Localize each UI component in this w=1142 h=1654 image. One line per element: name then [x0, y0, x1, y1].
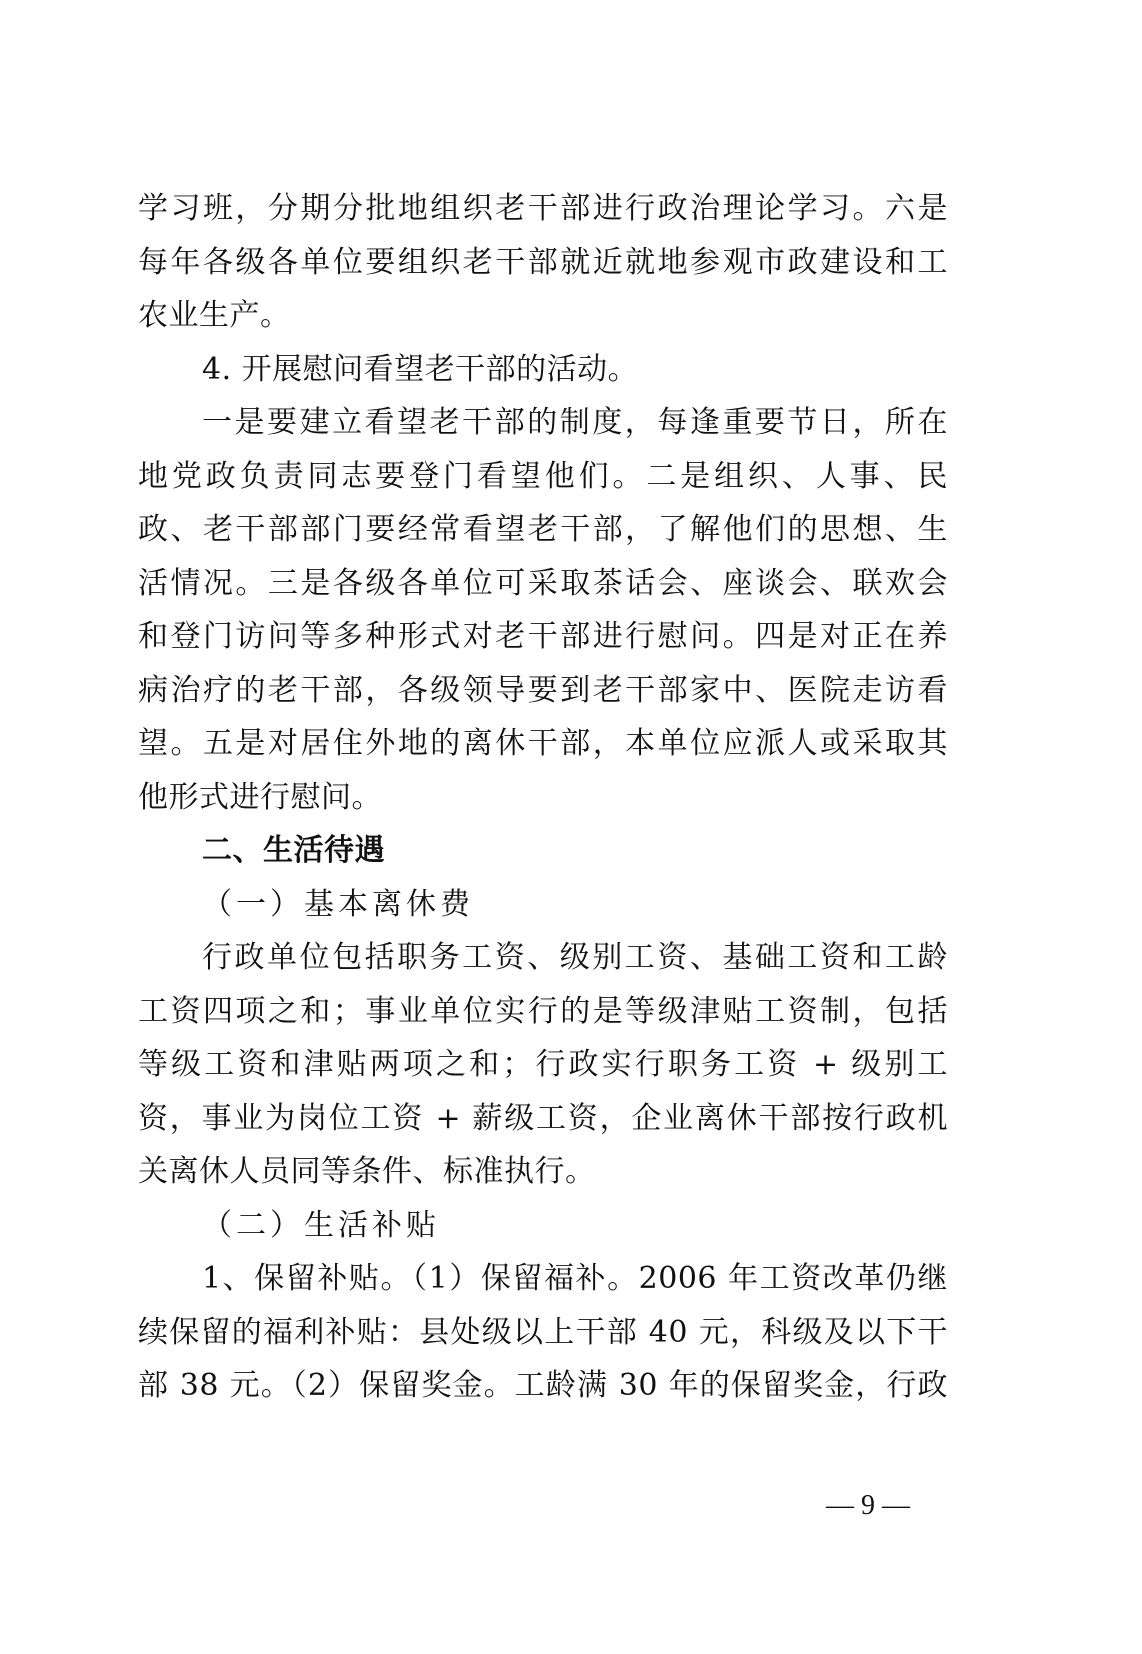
text-line: 地党政负责同志要登门看望他们。二是组织、人事、民 [138, 450, 948, 504]
section-heading: 二、生活待遇 [138, 824, 948, 878]
subsection-heading: （一）基本离休费 [138, 878, 948, 932]
text-line: 资，事业为岗位工资 + 薪级工资，企业离休干部按行政机 [138, 1092, 948, 1146]
text-line: 农业生产。 [138, 289, 948, 343]
text-line: 等级工资和津贴两项之和；行政实行职务工资 + 级别工 [138, 1038, 948, 1092]
text-line: 1、保留补贴。（1）保留福补。2006 年工资改革仍继 [138, 1252, 948, 1306]
text-line: 工资四项之和；事业单位实行的是等级津贴工资制，包括 [138, 985, 948, 1039]
text-line: 和登门访问等多种形式对老干部进行慰问。四是对正在养 [138, 610, 948, 664]
text-line: 学习班，分期分批地组织老干部进行政治理论学习。六是 [138, 182, 948, 236]
text-line: 部 38 元。（2）保留奖金。工龄满 30 年的保留奖金，行政 [138, 1359, 948, 1413]
text-line: 行政单位包括职务工资、级别工资、基础工资和工龄 [138, 931, 948, 985]
text-line: 望。五是对居住外地的离休干部，本单位应派人或采取其 [138, 717, 948, 771]
text-line: 一是要建立看望老干部的制度，每逢重要节日，所在 [138, 396, 948, 450]
document-page: 学习班，分期分批地组织老干部进行政治理论学习。六是 每年各级各单位要组织老干部就… [138, 182, 948, 1413]
text-line: 续保留的福利补贴：县处级以上干部 40 元，科级及以下干 [138, 1306, 948, 1360]
text-line: 4. 开展慰问看望老干部的活动。 [138, 343, 948, 397]
text-line: 他形式进行慰问。 [138, 771, 948, 825]
text-line: 关离休人员同等条件、标准执行。 [138, 1145, 948, 1199]
subsection-heading: （二）生活补贴 [138, 1199, 948, 1253]
text-line: 活情况。三是各级各单位可采取茶话会、座谈会、联欢会 [138, 557, 948, 611]
text-line: 病治疗的老干部，各级领导要到老干部家中、医院走访看 [138, 664, 948, 718]
text-line: 每年各级各单位要组织老干部就近就地参观市政建设和工 [138, 236, 948, 290]
text-line: 政、老干部部门要经常看望老干部，了解他们的思想、生 [138, 503, 948, 557]
page-number: — 9 — [826, 1486, 910, 1526]
